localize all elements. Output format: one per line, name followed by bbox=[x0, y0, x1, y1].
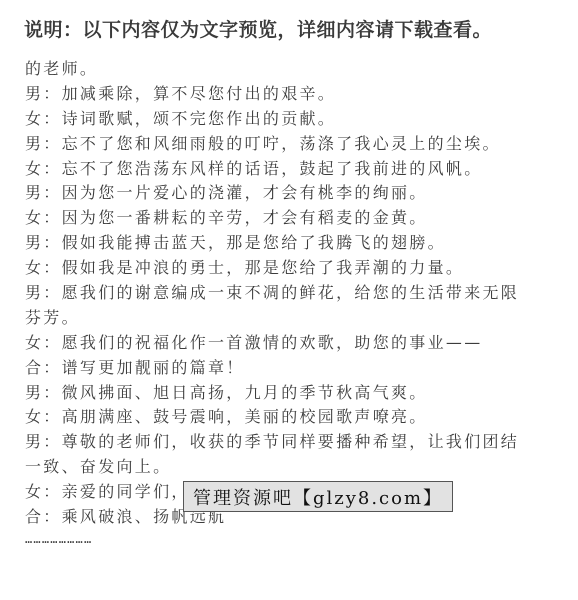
text-line: 男：尊敬的老师们，收获的季节同样要播种希望，让我们团结 bbox=[25, 430, 555, 455]
document-body: 的老师。 男：加减乘除，算不尽您付出的艰辛。 女：诗词歌赋，颂不完您作出的贡献。… bbox=[25, 57, 555, 546]
text-line: 男：微风拂面、旭日高扬，九月的季节秋高气爽。 bbox=[25, 381, 555, 406]
text-line: 男：愿我们的谢意编成一束不凋的鲜花，给您的生活带来无限 bbox=[25, 281, 555, 306]
text-line: 男：加减乘除，算不尽您付出的艰辛。 bbox=[25, 82, 555, 107]
preview-notice: 说明：以下内容仅为文字预览，详细内容请下载查看。 bbox=[24, 16, 492, 44]
text-line: 女：因为您一番耕耘的辛劳，才会有稻麦的金黄。 bbox=[25, 206, 555, 231]
text-line: 合：谱写更加靓丽的篇章！ bbox=[25, 356, 555, 381]
text-line: 女：假如我是冲浪的勇士，那是您给了我弄潮的力量。 bbox=[25, 256, 555, 281]
text-line: 女：愿我们的祝福化作一首激情的欢歌，助您的事业—— bbox=[25, 331, 555, 356]
text-line: 女：诗词歌赋，颂不完您作出的贡献。 bbox=[25, 107, 555, 132]
text-line: 男：假如我能搏击蓝天，那是您给了我腾飞的翅膀。 bbox=[25, 231, 555, 256]
text-line: 男：忘不了您和风细雨般的叮咛，荡涤了我心灵上的尘埃。 bbox=[25, 132, 555, 157]
ellipsis-continuation: …………………… bbox=[25, 532, 555, 546]
watermark-overlay: 管理资源吧【glzy8.com】 bbox=[183, 481, 453, 512]
text-line: 女：高朋满座、鼓号震响，美丽的校园歌声嘹亮。 bbox=[25, 405, 555, 430]
text-line: 一致、奋发向上。 bbox=[25, 455, 555, 480]
text-line: 芬芳。 bbox=[25, 306, 555, 331]
text-line: 的老师。 bbox=[25, 57, 555, 82]
text-line: 男：因为您一片爱心的浇灌，才会有桃李的绚丽。 bbox=[25, 181, 555, 206]
text-line: 女：忘不了您浩荡东风样的话语，鼓起了我前进的风帆。 bbox=[25, 157, 555, 182]
